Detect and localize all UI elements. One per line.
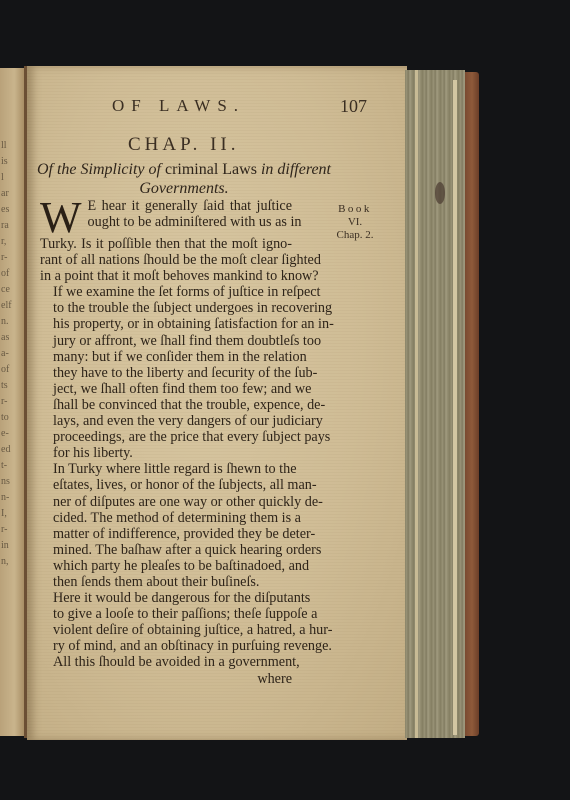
- paragraph-2: If we examine the ſet forms of juſtice i…: [40, 284, 292, 461]
- chapter-title-italic-1: Of the Simplicity of: [37, 161, 161, 178]
- marginal-note: Book VI. Chap. 2.: [325, 203, 385, 242]
- book-scan: ll is l ar es ra r, r- of ce elf n. as a…: [0, 0, 570, 800]
- marginal-book: Book: [325, 203, 385, 216]
- catchword: where: [40, 671, 292, 687]
- facing-page-text: ll is l ar es ra r, r- of ce elf n. as a…: [1, 138, 21, 570]
- chapter-title-roman: criminal Laws: [165, 161, 257, 178]
- marginal-chapter: Chap. 2.: [325, 229, 385, 242]
- leather-cover-edge: [465, 72, 479, 736]
- chapter-heading: CHAP. II.: [128, 134, 239, 156]
- chapter-title-italic-2: in different: [261, 161, 331, 178]
- paragraph-1: W E hear it generally ſaid that juſtice …: [40, 198, 292, 284]
- page-edges: [405, 70, 465, 738]
- paragraph-3: In Turky where little regard is ſhewn to…: [40, 461, 292, 590]
- running-head: OF LAWS.: [112, 96, 245, 116]
- stain-spot: [435, 182, 445, 204]
- chapter-title-italic-3: Governments.: [139, 180, 228, 197]
- body-text: W E hear it generally ſaid that juſtice …: [40, 198, 292, 687]
- page-number: 107: [340, 96, 367, 117]
- facing-page-strip: ll is l ar es ra r, r- of ce elf n. as a…: [0, 68, 24, 736]
- drop-cap: W: [40, 200, 82, 236]
- marginal-book-number: VI.: [325, 216, 385, 229]
- paragraph-4: Here it would be dangerous for the diſpu…: [40, 590, 292, 687]
